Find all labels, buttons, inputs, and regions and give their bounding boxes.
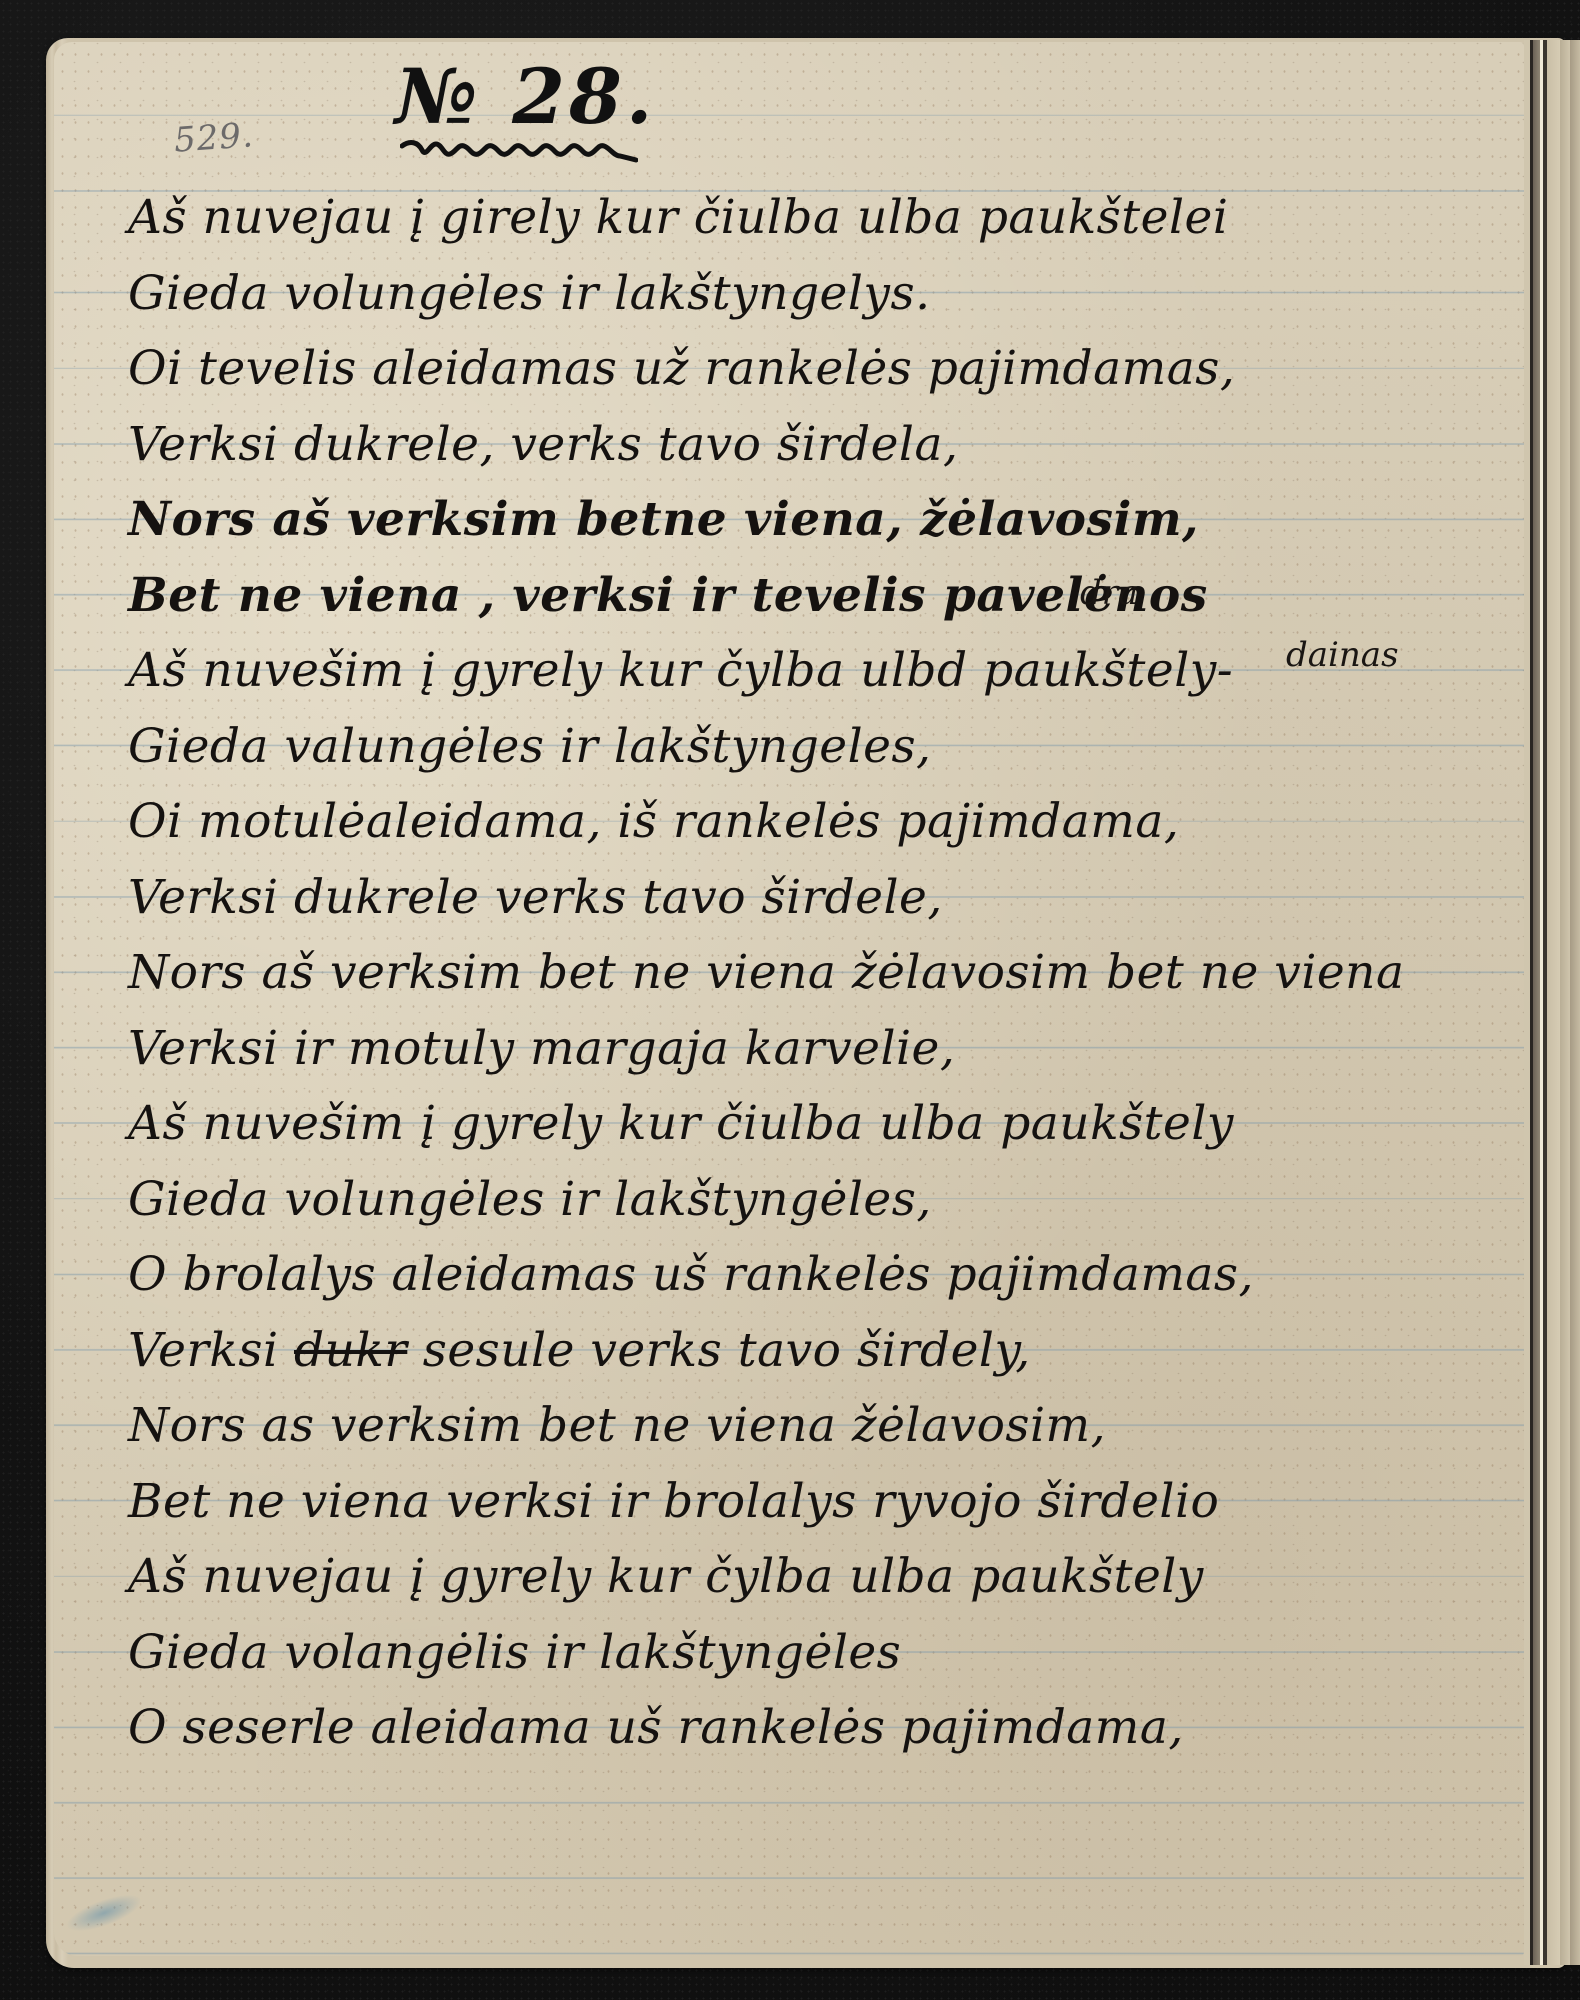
inline-insertion: dra (1080, 573, 1138, 613)
lyric-line: O seserle aleidama uš rankelės pajimdama… (128, 1690, 1528, 1766)
lyric-line: Verksi dukrele, verks tavo širdela, (128, 407, 1528, 483)
lyric-line: Gieda volungėles ir lakštyngėles, (128, 1162, 1528, 1238)
archive-number: 529. (173, 115, 255, 160)
wavy-underline-icon (400, 138, 638, 164)
lyric-line-with-strikeout: Verksi dukr sesule verks tavo širdely, (128, 1313, 1528, 1389)
lyric-line: O brolalys aleidamas uš rankelės pajimda… (128, 1237, 1528, 1313)
lyric-line: Oi tevelis aleidamas už rankelės pajimda… (128, 331, 1528, 407)
superscript-insertion: dainas (1286, 635, 1399, 675)
ink-smudge (62, 1887, 146, 1939)
lyric-line: Nors as verksim bet ne viena žėlavosim, (128, 1388, 1528, 1464)
song-number-heading: № 28. (395, 52, 656, 141)
lyric-line: Bet ne viena verksi ir brolalys ryvojo š… (128, 1464, 1528, 1540)
lyric-line: Verksi dukrele verks tavo širdele, (128, 860, 1528, 936)
lyric-line: Aš nuvešim į gyrely kur čiulba ulba pauk… (128, 1086, 1528, 1162)
struck-out-word: dukr (294, 1323, 407, 1378)
lyric-line: Bet ne viena , verksi ir tevelis pavelėn… (128, 558, 1528, 634)
lyric-line: Gieda valungėles ir lakštyngeles, (128, 709, 1528, 785)
notebook-binding (1524, 40, 1580, 1965)
lyric-line: Nors aš verksim betne viena, žėlavosim, (128, 482, 1528, 558)
lyric-line: Aš nuvejau į gyrely kur čylba ulba paukš… (128, 1539, 1528, 1615)
lyric-line: Gieda volangėlis ir lakštyngėles (128, 1615, 1528, 1691)
lyric-text: Verksi (128, 1323, 294, 1378)
lyric-line: Gieda volungėles ir lakštyngelys. (128, 256, 1528, 332)
lyric-text: sesule verks tavo širdely, (407, 1323, 1030, 1378)
lyric-line: Nors aš verksim bet ne viena žėlavosim b… (128, 935, 1528, 1011)
song-lyrics: Aš nuvejau į girely kur čiulba ulba pauk… (128, 180, 1528, 1766)
lyric-line: Aš nuvejau į girely kur čiulba ulba pauk… (128, 180, 1528, 256)
lyric-line: Verksi ir motuly margaja karvelie, (128, 1011, 1528, 1087)
lyric-line: Oi motulėaleidama, iš rankelės pajimdama… (128, 784, 1528, 860)
